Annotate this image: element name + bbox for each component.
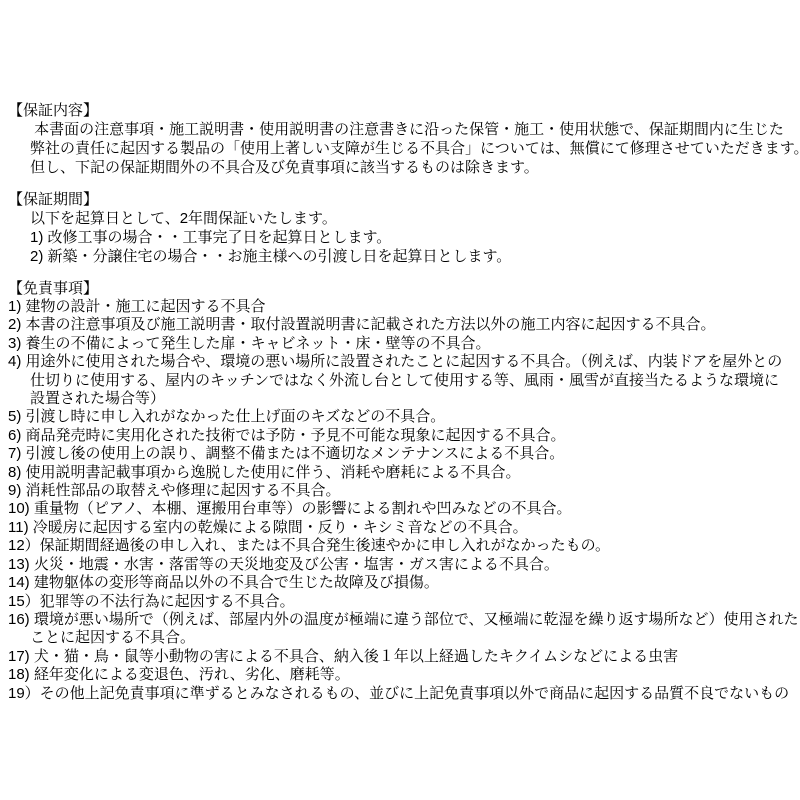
exemption-item-19: 19）その他上記免責事項に準ずるとみなされるもの、並びに上記免責事項以外で商品に… [8, 685, 798, 703]
exemption-item-18: 18) 経年変化による変退色、汚れ、劣化、磨耗等。 [8, 666, 798, 684]
warranty-coverage-line: 弊社の責任に起因する製品の「使用上著しい支障が生じる不具合」については、無償にて… [8, 139, 798, 158]
exemption-item-9: 9) 消耗性部品の取替えや修理に起因する不具合。 [8, 482, 798, 500]
exemption-item-3: 3) 養生の不備によって発生した扉・キャビネット・床・壁等の不具合。 [8, 335, 798, 353]
warranty-period-line: 以下を起算日として、2年間保証いたします。 [8, 209, 798, 228]
exemption-item-16: 16) 環境が悪い場所で（例えば、部屋内外の温度が極端に違う部位で、又極端に乾湿… [8, 611, 798, 629]
exemption-item-12: 12）保証期間経過後の申し入れ、または不具合発生後速やかに申し入れがなかったもの… [8, 537, 798, 555]
exemption-item-8: 8) 使用説明書記載事項から逸脱した使用に伴う、消耗や磨耗による不具合。 [8, 464, 798, 482]
warranty-period-line: 2) 新築・分譲住宅の場合・・お施主様への引渡し日を起算日とします。 [8, 247, 798, 266]
warranty-document: 【保証内容】 本書面の注意事項・施工説明書・使用説明書の注意書きに沿った保管・施… [8, 101, 798, 716]
section-warranty-period: 【保証期間】 以下を起算日として、2年間保証いたします。 1) 改修工事の場合・… [8, 190, 798, 266]
warranty-period-heading: 【保証期間】 [8, 190, 798, 209]
exemption-item-4: 4) 用途外に使用された場合や、環境の悪い場所に設置されたことに起因する不具合。… [8, 353, 798, 371]
warranty-coverage-heading: 【保証内容】 [8, 101, 798, 120]
section-exemptions: 【免責事項】 1) 建物の設計・施工に起因する不具合 2) 本書の注意事項及び施… [8, 279, 798, 703]
exemption-item-17: 17) 犬・猫・鳥・鼠等小動物の害による不具合、納入後１年以上経過したキクイムシ… [8, 648, 798, 666]
exemption-item-7: 7) 引渡し後の使用上の誤り、調整不備または不適切なメンテナンスによる不具合。 [8, 445, 798, 463]
exemption-item-13: 13) 火災・地震・水害・落雷等の天災地変及び公害・塩害・ガス害による不具合。 [8, 556, 798, 574]
exemption-item-1: 1) 建物の設計・施工に起因する不具合 [8, 298, 798, 316]
warranty-period-line: 1) 改修工事の場合・・工事完了日を起算日とします。 [8, 228, 798, 247]
exemption-item-4-continuation: 仕切りに使用する、屋内のキッチンではなく外流し台として使用する等、風雨・風雪が直… [8, 372, 798, 390]
exemption-item-11: 11) 冷暖房に起因する室内の乾燥による隙間・反り・キシミ音などの不具合。 [8, 519, 798, 537]
exemption-item-15: 15）犯罪等の不法行為に起因する不具合。 [8, 593, 798, 611]
exemption-item-5: 5) 引渡し時に申し入れがなかった仕上げ面のキズなどの不具合。 [8, 408, 798, 426]
warranty-coverage-line: 但し、下記の保証期間外の不具合及び免責事項に該当するものは除きます。 [8, 158, 798, 177]
exemption-item-2: 2) 本書の注意事項及び施工説明書・取付設置説明書に記載された方法以外の施工内容… [8, 316, 798, 334]
exemption-item-14: 14) 建物躯体の変形等商品以外の不具合で生じた故障及び損傷。 [8, 574, 798, 592]
section-warranty-coverage: 【保証内容】 本書面の注意事項・施工説明書・使用説明書の注意書きに沿った保管・施… [8, 101, 798, 177]
exemption-item-4-continuation: 設置された場合等） [8, 390, 798, 408]
warranty-document-page: 【保証内容】 本書面の注意事項・施工説明書・使用説明書の注意書きに沿った保管・施… [0, 0, 800, 800]
exemption-item-16-continuation: ことに起因する不具合。 [8, 629, 798, 647]
warranty-coverage-line: 本書面の注意事項・施工説明書・使用説明書の注意書きに沿った保管・施工・使用状態で… [8, 120, 798, 139]
exemption-item-10: 10) 重量物（ピアノ、本棚、運搬用台車等）の影響による割れや凹みなどの不具合。 [8, 500, 798, 518]
exemptions-heading: 【免責事項】 [8, 279, 798, 298]
exemption-item-6: 6) 商品発売時に実用化された技術では予防・予見不可能な現象に起因する不具合。 [8, 427, 798, 445]
